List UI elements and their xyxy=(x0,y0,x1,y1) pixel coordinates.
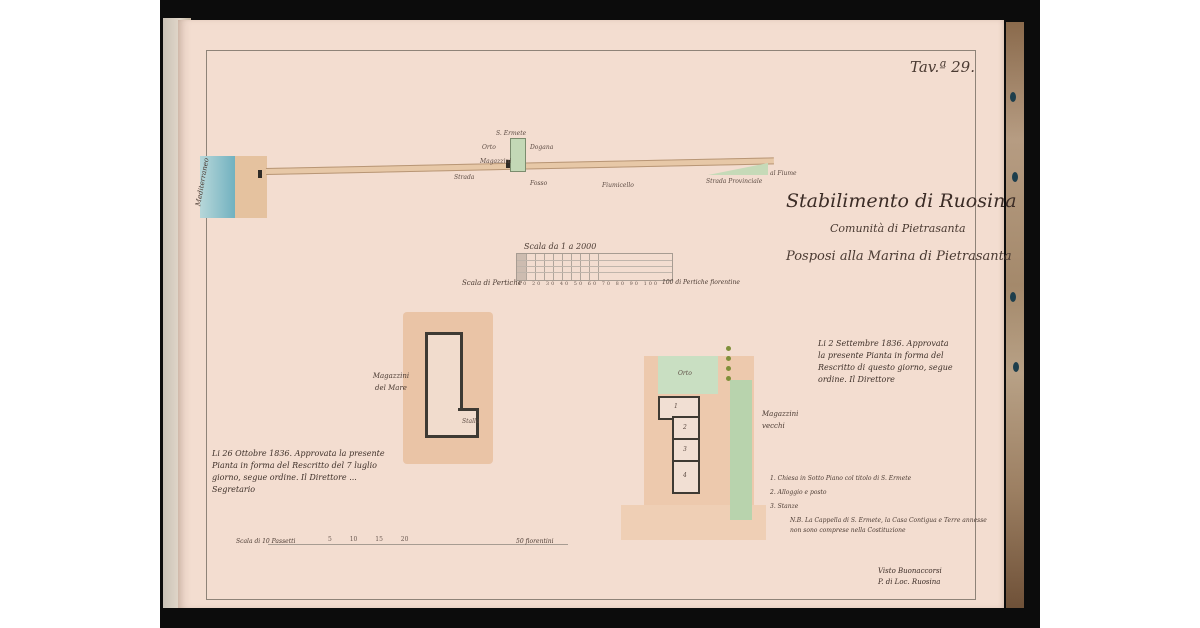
room-4: 4 xyxy=(672,460,700,494)
scale-title: Scala da 1 a 2000 xyxy=(524,242,596,251)
marble-spot xyxy=(1013,362,1019,372)
room-label-stalla: Stalla xyxy=(462,418,480,425)
book-edge-right xyxy=(1006,22,1024,608)
subtitle-community: Comunità di Pietrasanta xyxy=(830,222,966,235)
label-strada-provinciale: Strada Provinciale xyxy=(706,178,762,185)
legend-item: 1. Chiesa in Sotto Piano col titolo di S… xyxy=(770,472,911,486)
grid-line xyxy=(598,254,599,280)
scale-ticks: 10 20 30 40 50 60 70 80 90 100 xyxy=(518,281,659,287)
scale-shade xyxy=(517,254,526,280)
label-fosso: Fosso xyxy=(530,180,547,187)
grid-line xyxy=(526,254,527,280)
room-number: 1 xyxy=(674,403,678,410)
plan-vecchi-label: Magazzini vecchi xyxy=(762,408,814,432)
grid-line xyxy=(553,254,554,280)
grid-line xyxy=(562,254,563,280)
bottom-scale-left-label: Scala di 10 Passetti xyxy=(236,538,295,545)
room-number: 3 xyxy=(683,446,687,453)
document-page: Tav.ª 29. Stabilimento di Ruosina Comuni… xyxy=(178,20,1004,608)
building-mark xyxy=(258,170,262,178)
signature: Visto Buonaccorsi P. di Loc. Ruosina xyxy=(878,566,948,588)
grid-line xyxy=(535,254,536,280)
label-strada: Strada xyxy=(454,174,474,181)
orto-label: Orto xyxy=(678,370,692,377)
page-title: Stabilimento di Ruosina xyxy=(786,190,1017,212)
legend-item: 3. Stanze xyxy=(770,500,911,514)
label-magazzini: Magazzini xyxy=(480,158,511,165)
tree-icon xyxy=(726,346,731,351)
bottom-scale-right-label: 50 fiorentini xyxy=(516,538,554,545)
plan-legend: 1. Chiesa in Sotto Piano col titolo di S… xyxy=(770,472,911,514)
approval-note-left: Li 26 Ottobre 1836. Approvata la present… xyxy=(212,448,392,496)
label-dogana: Dogana xyxy=(530,144,553,151)
nota-bene: N.B. La Cappella di S. Ermete, la Casa C… xyxy=(790,516,990,536)
scale-grid xyxy=(516,253,673,281)
subtitle-location: Posposi alla Marina di Pietrasanta xyxy=(786,249,1012,264)
grid-line xyxy=(580,254,581,280)
plate-number: Tav.ª 29. xyxy=(910,58,975,76)
scale-left-label: Scala di Pertiche xyxy=(462,279,522,287)
room-number: 4 xyxy=(683,472,687,479)
legend-item: 2. Alloggio e posto xyxy=(770,486,911,500)
bottom-scale-ticks: 5 10 15 20 xyxy=(328,536,408,543)
scale-right-label: 100 di Pertiche fiorentine xyxy=(662,279,740,286)
label-orto: Orto xyxy=(482,144,496,151)
tree-icon xyxy=(726,376,731,381)
marble-spot xyxy=(1010,292,1016,302)
grid-line xyxy=(571,254,572,280)
label-fiumicello: Fiumicello xyxy=(602,182,634,189)
marble-spot xyxy=(1012,172,1018,182)
grid-line xyxy=(517,260,672,261)
tree-icon xyxy=(726,366,731,371)
marble-spot xyxy=(1010,92,1016,102)
approval-note-right: Li 2 Settembre 1836. Approvata la presen… xyxy=(818,338,958,386)
grid-line xyxy=(589,254,590,280)
plan-mare-label: Magazzini del Mare xyxy=(368,370,414,394)
room-number: 2 xyxy=(683,424,687,431)
plan-green-strip xyxy=(730,380,752,520)
grid-line xyxy=(544,254,545,280)
orto-plot xyxy=(510,138,526,172)
label-al-fiume: al Fiume xyxy=(770,170,797,177)
label-s-ermete: S. Ermete xyxy=(496,130,526,137)
beach-area xyxy=(235,156,267,218)
grid-line xyxy=(517,266,672,267)
tree-icon xyxy=(726,356,731,361)
grid-line xyxy=(517,272,672,273)
